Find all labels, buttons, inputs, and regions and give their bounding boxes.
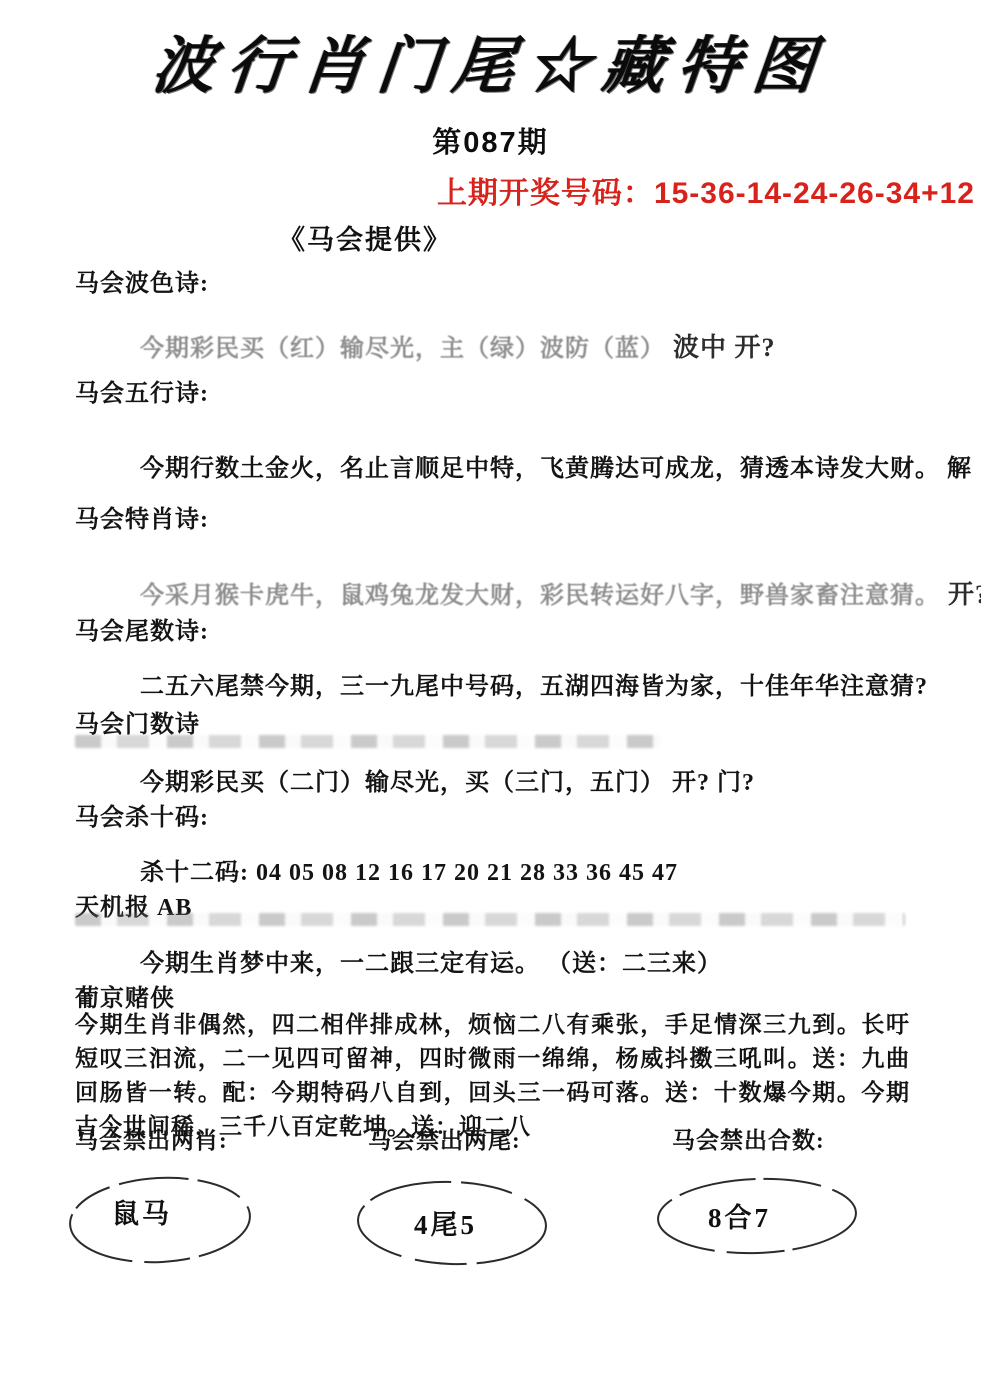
poem-menshu: 今期彩民买（二门）输尽光，买（三门，五门） 开? 门? xyxy=(140,762,755,797)
ban-sum-label: 马会禁出合数: xyxy=(672,1122,825,1155)
poem-texiao-faded: 今采月猴卡虎牛，鼠鸡兔龙发大财，彩民转运好八字，野兽家畜注意猜。 xyxy=(140,583,940,609)
poem-texiao: 今采月猴卡虎牛，鼠鸡兔龙发大财，彩民转运好八字，野兽家畜注意猜。开? xyxy=(140,574,981,611)
poem-bose: 今期彩民买（红）输尽光，主（绿）波防（蓝）波中 开? xyxy=(140,327,776,364)
ban-sum-value: 8合7 xyxy=(708,1196,771,1235)
ban-zodiac-label: 马会禁出两肖: xyxy=(75,1122,228,1155)
poem-bose-tail: 波中 开? xyxy=(673,333,776,362)
section-label-texiao: 马会特肖诗: xyxy=(75,499,209,534)
issue-number: 第087期 xyxy=(0,120,981,161)
previous-draw-numbers: 15-36-14-24-26-34+12 xyxy=(654,177,975,210)
poem-bose-faded: 今期彩民买（红）输尽光，主（绿）波防（蓝） xyxy=(140,336,665,362)
faded-text-band xyxy=(75,735,660,748)
previous-draw-label: 上期开奖号码： xyxy=(437,177,654,210)
poem-texiao-tail: 开? xyxy=(948,580,981,609)
previous-draw-result: 上期开奖号码：15-36-14-24-26-34+12 xyxy=(437,168,975,212)
ban-zodiac-value: 鼠马 xyxy=(112,1192,172,1231)
poem-wuxing: 今期行数土金火，名止言顺足中特，飞黄腾达可成龙，猜透本诗发大财。 解（？） xyxy=(140,448,981,483)
page-title: 波行肖门尾☆藏特图 xyxy=(0,16,981,105)
faded-text-band xyxy=(75,913,905,926)
section-label-menshu: 马会门数诗 xyxy=(75,704,200,739)
ban-tail-value: 4尾5 xyxy=(414,1203,477,1242)
poem-weishu: 二五六尾禁今期，三一九尾中号码，五湖四海皆为家，十佳年华注意猜? xyxy=(140,666,928,701)
lottery-tip-sheet: 波行肖门尾☆藏特图 第087期 上期开奖号码：15-36-14-24-26-34… xyxy=(0,0,981,1388)
provider-heading: 《马会提供》 xyxy=(278,218,452,257)
poem-tianji: 今期生肖梦中来，一二跟三定有运。 （送：二三来） xyxy=(140,943,722,978)
section-label-shama: 马会杀十码: xyxy=(75,797,209,832)
section-label-bose: 马会波色诗: xyxy=(75,263,209,298)
poem-shama: 杀十二码: 04 05 08 12 16 17 20 21 28 33 36 4… xyxy=(140,852,678,887)
section-label-wuxing: 马会五行诗: xyxy=(75,373,209,408)
ban-tail-label: 马会禁出两尾: xyxy=(368,1122,521,1155)
section-label-weishu: 马会尾数诗: xyxy=(75,611,209,646)
